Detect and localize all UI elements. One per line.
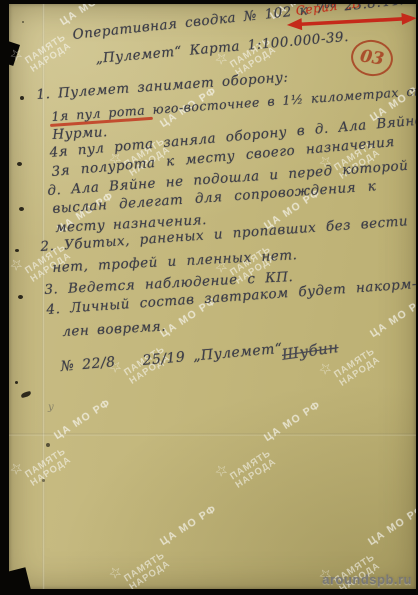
archive-watermark: ЦА МО РФ <box>158 503 219 548</box>
handwritten-line: лен вовремя. <box>62 320 166 340</box>
ink-stain <box>46 443 50 447</box>
ink-stain <box>19 207 24 211</box>
ink-stain <box>17 162 22 166</box>
page-number-stamp: 03 <box>348 37 395 79</box>
memory-watermark: ☆ПАМЯТЬНАРОДА <box>108 540 172 589</box>
signature: Шубин <box>281 340 340 363</box>
page-number-text: 03 <box>359 46 386 69</box>
memory-watermark-text: ПАМЯТЬНАРОДА <box>229 449 279 491</box>
star-icon: ☆ <box>9 436 63 478</box>
ink-blot <box>21 391 32 398</box>
archive-watermark: ЦА МО РФ <box>366 503 416 548</box>
dispatch-line: 25/19 „Пулемет“ <box>142 342 283 369</box>
ink-stain <box>22 21 24 23</box>
document-number: № 22/8 <box>60 355 116 375</box>
memory-watermark: ☆ПАМЯТЬНАРОДА <box>214 438 278 496</box>
torn-edge-top-left <box>9 40 20 66</box>
star-icon: ☆ <box>106 540 161 582</box>
memory-watermark-text: ПАМЯТЬНАРОДА <box>24 33 74 75</box>
archive-watermark: ЦА МО РФ <box>368 295 416 340</box>
star-icon: ☆ <box>9 22 63 64</box>
ink-stain <box>20 96 24 100</box>
document-scan-photo: ЦА МО РФЦА МО РФЦА МО РФЦА МО РФЦА МО РФ… <box>0 0 418 595</box>
torn-edge-bottom-left <box>9 567 32 589</box>
memory-watermark-text: ПАМЯТЬНАРОДА <box>24 447 74 489</box>
ink-stain <box>18 295 23 299</box>
pencil-mark: у <box>48 402 54 413</box>
archive-watermark: ЦА МО РФ <box>262 399 323 444</box>
ink-stain <box>15 381 18 384</box>
ink-stain <box>42 479 45 482</box>
memory-watermark-text: ПАМЯТЬНАРОДА <box>333 347 383 389</box>
paper-sheet: ЦА МО РФЦА МО РФЦА МО РФЦА МО РФЦА МО РФ… <box>9 4 416 589</box>
star-icon: ☆ <box>212 438 267 480</box>
horizontal-crease <box>9 433 416 436</box>
site-watermark: aroundspb.ru <box>322 572 412 587</box>
ink-stain <box>15 249 19 252</box>
memory-watermark-text: ПАМЯТЬНАРОДА <box>123 551 173 589</box>
